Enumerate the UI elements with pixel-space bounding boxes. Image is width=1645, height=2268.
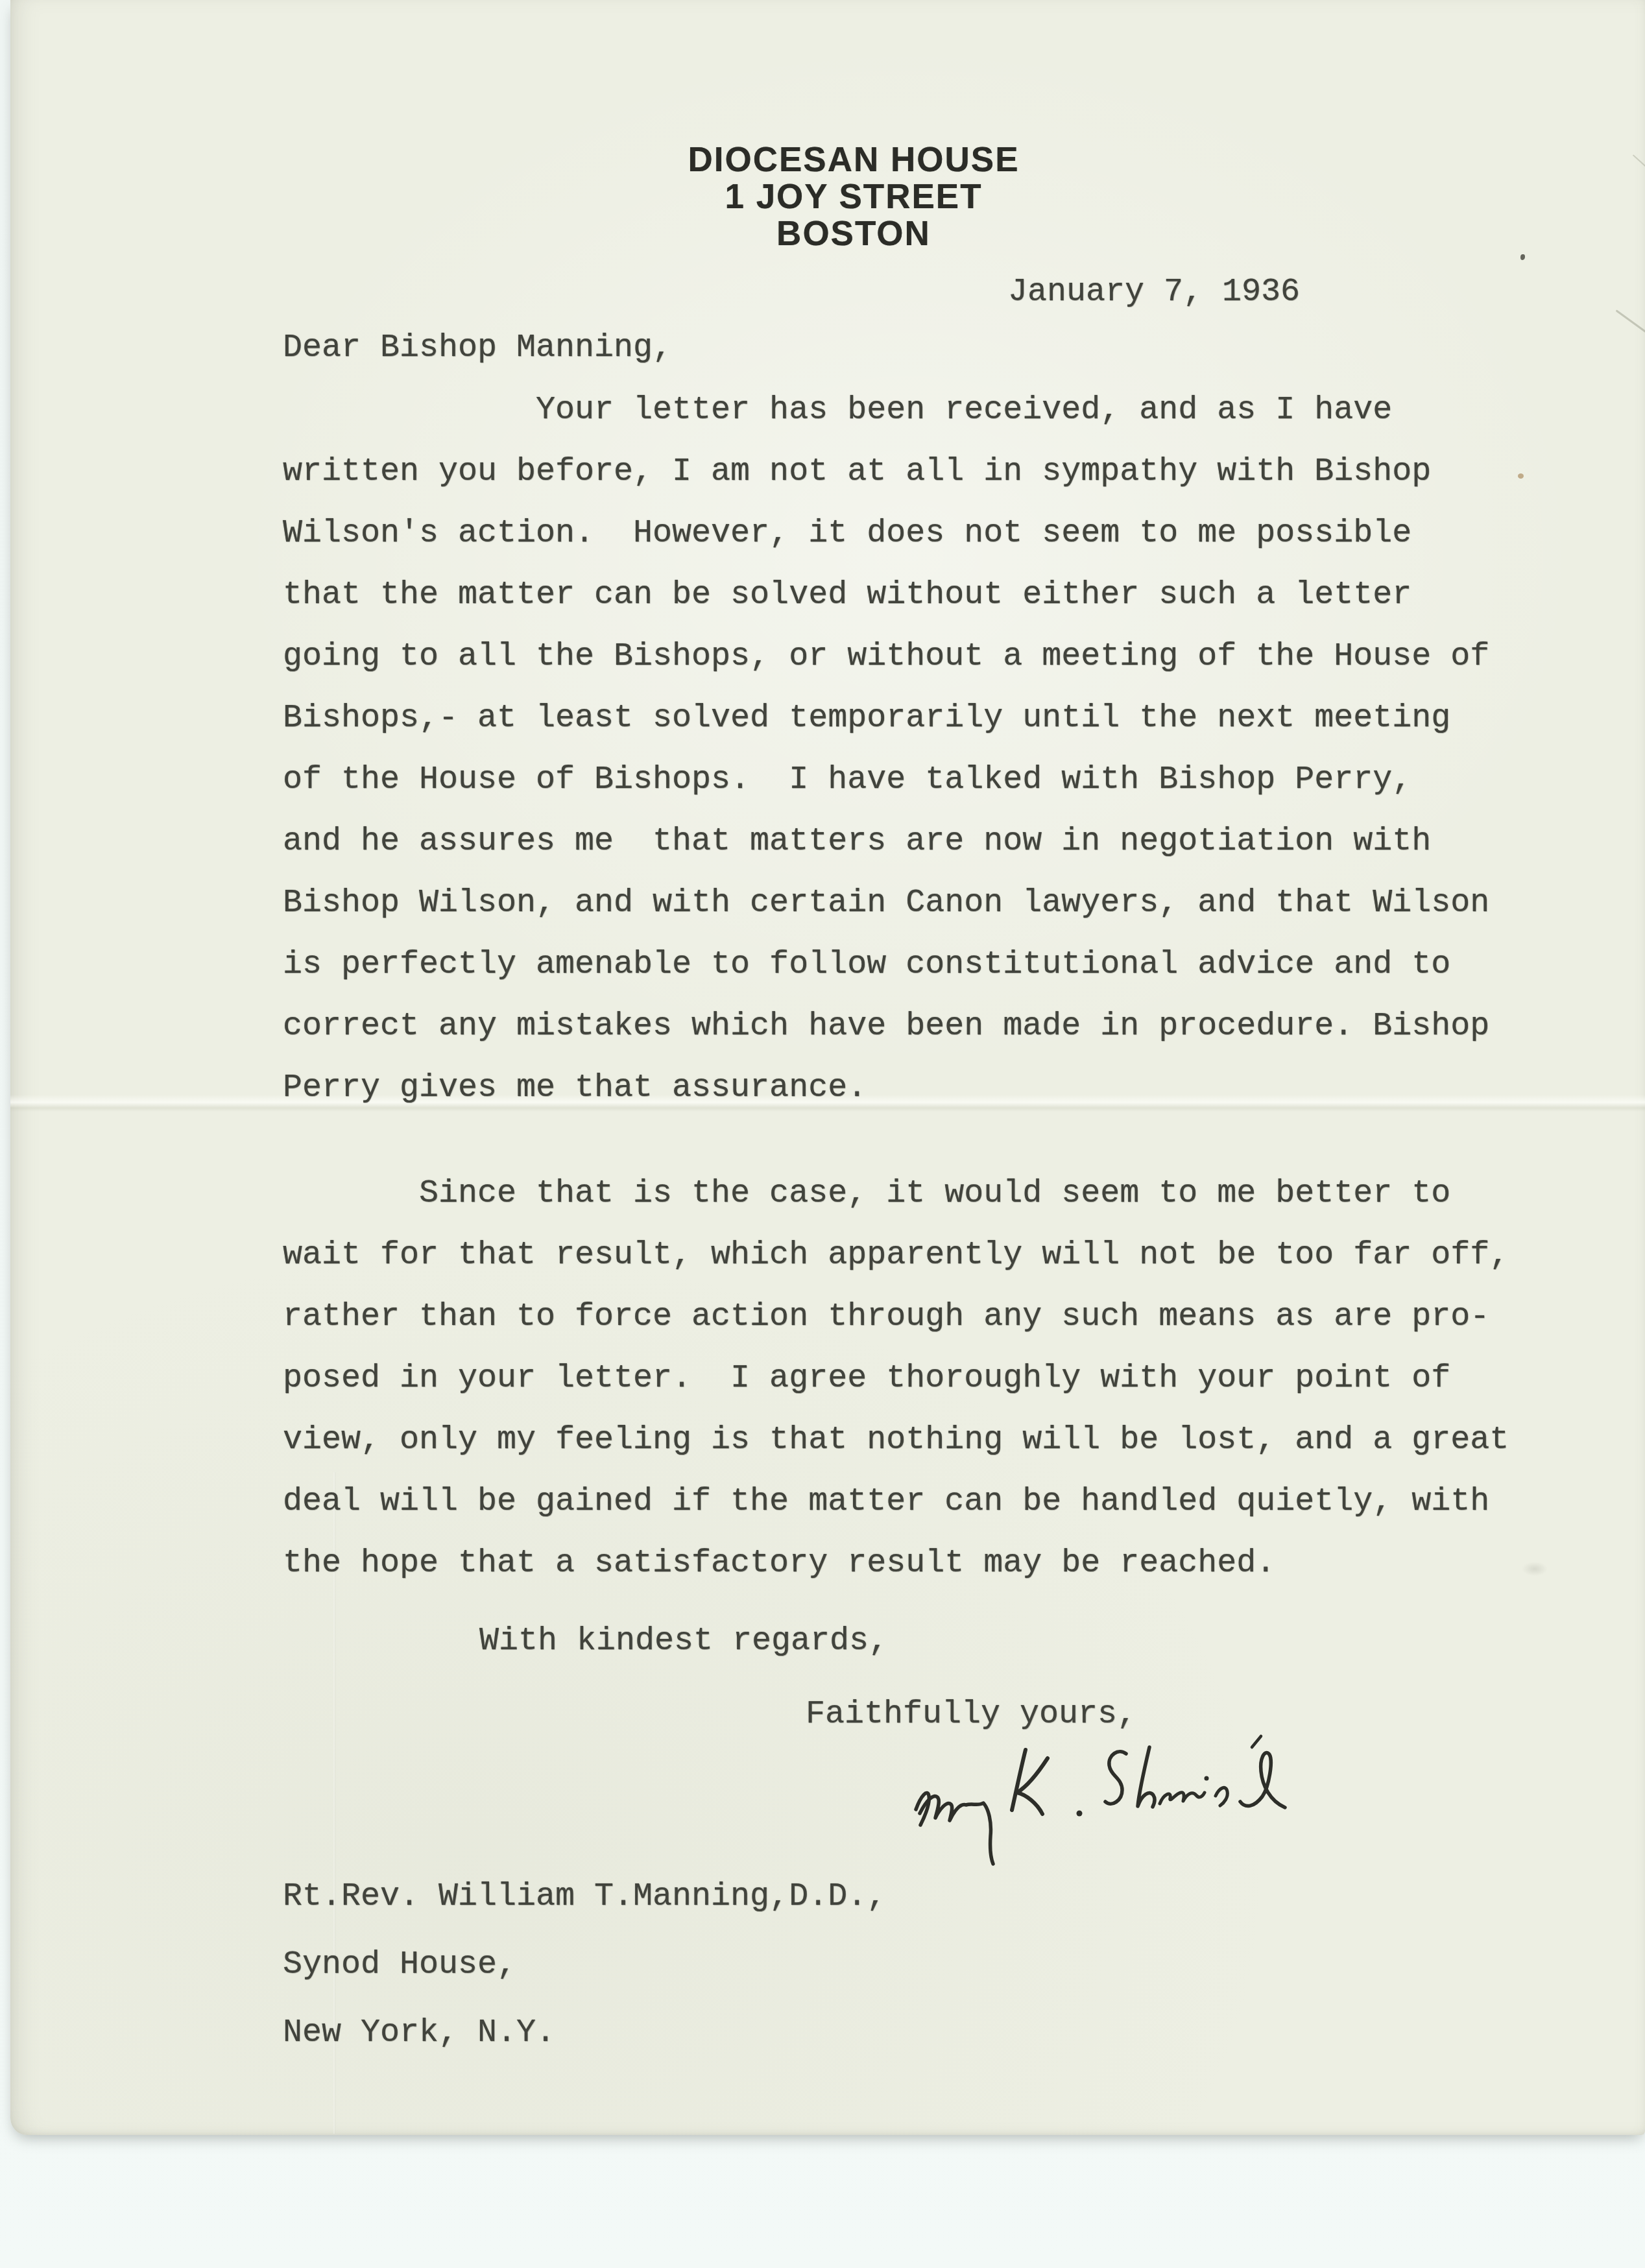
body-line: deal will be gained if the matter can be… bbox=[283, 1471, 1509, 1533]
body-line: of the House of Bishops. I have talked w… bbox=[283, 749, 1489, 811]
top-right-crease bbox=[1633, 154, 1645, 174]
signature bbox=[887, 1730, 1315, 1880]
recipient-line: Rt.Rev. William T.Manning,D.D., bbox=[283, 1863, 886, 1931]
body-line: posed in your letter. I agree thoroughly… bbox=[283, 1348, 1509, 1409]
body-line: correct any mistakes which have been mad… bbox=[283, 996, 1489, 1057]
letterhead-line: DIOCESAN HOUSE bbox=[688, 141, 1020, 178]
date-line: January 7, 1936 bbox=[1008, 274, 1300, 311]
body-line: Your letter has been received, and as I … bbox=[283, 379, 1489, 441]
body-line: wait for that result, which apparently w… bbox=[283, 1224, 1509, 1286]
body-line: Since that is the case, it would seem to… bbox=[283, 1163, 1509, 1224]
body-paragraph-1: Your letter has been received, and as I … bbox=[283, 379, 1489, 1119]
body-paragraph-2: Since that is the case, it would seem to… bbox=[283, 1163, 1509, 1594]
letterhead-line: 1 JOY STREET bbox=[688, 178, 1020, 215]
body-line: going to all the Bishops, or without a m… bbox=[283, 626, 1489, 687]
body-line: view, only my feeling is that nothing wi… bbox=[283, 1409, 1509, 1471]
body-line: Perry gives me that assurance. bbox=[283, 1057, 1489, 1119]
body-line: rather than to force action through any … bbox=[283, 1286, 1509, 1348]
body-line: written you before, I am not at all in s… bbox=[283, 441, 1489, 503]
closing-valediction: Faithfully yours, bbox=[806, 1696, 1136, 1733]
salutation: Dear Bishop Manning, bbox=[283, 329, 672, 366]
letterhead-line: BOSTON bbox=[688, 215, 1020, 252]
right-edge-crease bbox=[1616, 309, 1645, 340]
body-line: Bishops,- at least solved temporarily un… bbox=[283, 687, 1489, 749]
signature-handwriting-icon bbox=[887, 1730, 1315, 1880]
letterhead: DIOCESAN HOUSE1 JOY STREETBOSTON bbox=[688, 141, 1020, 252]
body-line: the hope that a satisfactory result may … bbox=[283, 1533, 1509, 1594]
letter-page: DIOCESAN HOUSE1 JOY STREETBOSTON January… bbox=[10, 0, 1645, 2135]
recipient-address: Rt.Rev. William T.Manning,D.D.,Synod Hou… bbox=[283, 1863, 886, 2067]
paper-fleck bbox=[1518, 473, 1524, 479]
closing-regards: With kindest regards, bbox=[479, 1623, 888, 1660]
body-line: and he assures me that matters are now i… bbox=[283, 811, 1489, 872]
body-line: Wilson's action. However, it does not se… bbox=[283, 503, 1489, 564]
recipient-line: New York, N.Y. bbox=[283, 1999, 886, 2067]
ink-speck bbox=[1520, 254, 1525, 260]
scanned-letter: DIOCESAN HOUSE1 JOY STREETBOSTON January… bbox=[0, 0, 1645, 2268]
body-line: Bishop Wilson, and with certain Canon la… bbox=[283, 872, 1489, 934]
body-line: is perfectly amenable to follow constitu… bbox=[283, 934, 1489, 996]
body-line: that the matter can be solved without ei… bbox=[283, 564, 1489, 626]
gray-smudge bbox=[1522, 1562, 1548, 1576]
recipient-line: Synod House, bbox=[283, 1931, 886, 1999]
